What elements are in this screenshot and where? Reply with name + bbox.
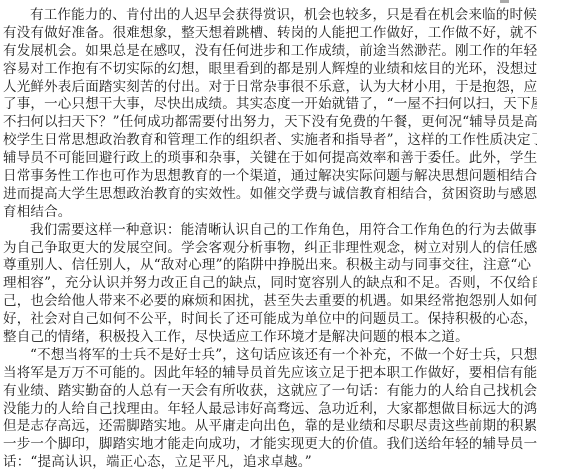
text-line: 但是志存高远，还需脚踏实地。从平庸走向出色，靠的是业绩和尽职尽责这些前期的积累。 [3, 418, 537, 436]
text-line: 我们需要这样一种意识：能清晰认识自己的工作角色，用符合工作角色的行为去做事， [3, 222, 537, 240]
text-line: 容易对工作抱有不切实际的幻想，眼里看到的都是别人辉煌的业绩和炫目的光环，没想过别 [3, 61, 537, 79]
text-line: 了事，一心只想干大事，尽快出成绩。其实态度一开始就错了，“一屋不扫何以扫，天下屋 [3, 96, 537, 114]
text-line: 为自己争取更大的发展空间。学会客观分析事物，纠正非理性观念，树立对别人的信任感， [3, 240, 537, 258]
text-line: 话：“提高认识，端正心态，立足平凡，追求卓越。” [3, 454, 537, 471]
text-line: 好，社会对自己如何不公平，时间长了还可能成为单位中的问题员工。保持积极的心态，调 [3, 311, 537, 329]
text-line: 理相容”，充分认识并努力改正自己的缺点，同时宽容别人的缺点和不足。否则，不仅给自 [3, 275, 537, 293]
text-line: 己，也会给他人带来不必要的麻烦和困扰，甚至失去重要的机遇。如果经常抱怨别人如何不 [3, 293, 537, 311]
document-page: 有工作能力的、肯付出的人迟早会获得赏识，机会也较多，只是看在机会来临的时候有没有… [0, 0, 565, 471]
text-line: 有发展机会。如果总是在感叹，没有任何进步和工作成绩，前途当然渺茫。刚工作的年轻人… [3, 43, 537, 61]
text-line: 育相结合。 [3, 204, 537, 222]
text-line: 整自己的情绪，积极投入工作，尽快适应工作环境才是解决问题的根本之道。 [3, 329, 537, 347]
text-line: 进而提高大学生思想政治教育的实效性。如催交学费与诚信教育相结合，贫困资助与感恩教 [3, 186, 537, 204]
text-line: 辅导员不可能回避行政上的琐事和杂事，关键在于如何提高效率和善于委任。此外，学生的 [3, 150, 537, 168]
text-line: 不扫何以扫天下？”任何成功都需要付出努力，天下没有免费的午餐，更何况“辅导员是高 [3, 114, 537, 132]
page-edge-fragment [500, 0, 509, 3]
text-line: 没能力的人给自己找理由。年轻人最忌讳好高骛远、急功近利，大家都想做目标远大的鸿雁… [3, 401, 537, 419]
text-line: 有工作能力的、肯付出的人迟早会获得赏识，机会也较多，只是看在机会来临的时候 [3, 7, 537, 25]
text-line: 日常事务性工作也可作为思想教育的一个渠道，通过解决实际问题与解决思想问题相结合， [3, 168, 537, 186]
paragraph: 我们需要这样一种意识：能清晰认识自己的工作角色，用符合工作角色的行为去做事，为自… [3, 222, 537, 347]
text-line: “不想当将军的士兵不是好士兵”，这句话应该还有一个补充，不做一个好士兵，只想 [3, 347, 537, 365]
paragraph: 有工作能力的、肯付出的人迟早会获得赏识，机会也较多，只是看在机会来临的时候有没有… [3, 7, 537, 222]
document-body: 有工作能力的、肯付出的人迟早会获得赏识，机会也较多，只是看在机会来临的时候有没有… [3, 7, 537, 471]
text-line: 有没有做好准备。很难想象，整天想着跳槽、转岗的人能把工作做好，工作做不好，就不会 [3, 25, 537, 43]
text-line: 当将军是万万不可能的。因此年轻的辅导员首先应该立足于把本职工作做好，要相信有能力… [3, 365, 537, 383]
text-line: 尊重别人、信任别人，从“敌对心理”的陷阱中挣脱出来。积极主动与同事交往，注意“心 [3, 257, 537, 275]
paragraph: “不想当将军的士兵不是好士兵”，这句话应该还有一个补充，不做一个好士兵，只想当将… [3, 347, 537, 471]
text-line: 人光鲜外表后面踏实刻苦的付出。对于日常杂事很不乐意，认为大材小用，于是抱怨，应付 [3, 79, 537, 97]
text-line: 一步一个脚印，脚踏实地才能走向成功，才能实现更大的价值。我们送给年轻的辅导员一句 [3, 436, 537, 454]
text-line: 校学生日常思想政治教育和管理工作的组织者、实施者和指导者”，这样的工作性质决定了 [3, 132, 537, 150]
text-line: 有业绩、踏实勤奋的人总有一天会有所收获，这就应了一句话：有能力的人给自己找机会， [3, 383, 537, 401]
